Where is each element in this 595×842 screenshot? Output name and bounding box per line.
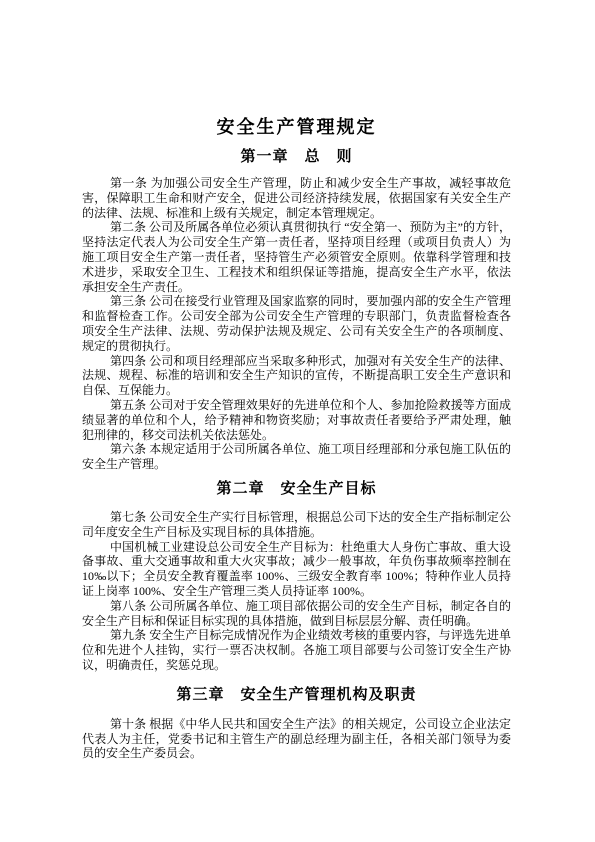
article-5-paragraph: 第五条 公司对于安全管理效果好的先进单位和个人、参加抢险救援等方面成绩显著的单位…: [82, 398, 511, 442]
article-1-paragraph: 第一条 为加强公司安全生产管理，防止和减少安全生产事故，减轻事故危害，保障职工生…: [82, 176, 511, 220]
article-3-paragraph: 第三条 公司在接受行业管理及国家监察的同时，要加强内部的安全生产管理和监督检查工…: [82, 294, 511, 353]
article-10-paragraph: 第十条 根据《中华人民共和国安全生产法》的相关规定，公司设立企业法定代表人为主任…: [82, 717, 511, 761]
article-2-paragraph: 第二条 公司及所属各单位必须认真贯彻执行 “安全第一、预防为主”的方针，坚持法定…: [82, 220, 511, 294]
article-9-paragraph: 第九条 安全生产目标完成情况作为企业绩效考核的重要内容，与评选先进单位和先进个人…: [82, 628, 511, 672]
chapter-3-heading: 第三章 安全生产管理机构及职责: [82, 687, 511, 704]
company-goals-paragraph: 中国机械工业建设总公司安全生产目标为：杜绝重大人身伤亡事故、重大设备事故、重大交…: [82, 540, 511, 599]
chapter-3-section: 第三章 安全生产管理机构及职责 第十条 根据《中华人民共和国安全生产法》的相关规…: [82, 687, 511, 761]
document-title: 安全生产管理规定: [82, 116, 511, 138]
article-6-paragraph: 第六条 本规定适用于公司所属各单位、施工项目经理部和分承包施工队伍的安全生产管理…: [82, 442, 511, 472]
chapter-1-section: 第一章 总 则 第一条 为加强公司安全生产管理，防止和减少安全生产事故，减轻事故…: [82, 149, 511, 472]
chapter-2-section: 第二章 安全生产目标 第七条 公司安全生产实行目标管理，根据总公司下达的安全生产…: [82, 481, 511, 673]
article-4-paragraph: 第四条 公司和项目经理部应当采取多种形式，加强对有关安全生产的法律、法规、规程、…: [82, 354, 511, 398]
chapter-1-heading: 第一章 总 则: [82, 149, 511, 166]
article-8-paragraph: 第八条 公司所属各单位、施工项目部依据公司的安全生产目标，制定各自的安全生产目标…: [82, 599, 511, 629]
article-7-paragraph: 第七条 公司安全生产实行目标管理，根据总公司下达的安全生产指标制定公司年度安全生…: [82, 510, 511, 540]
document-page: 安全生产管理规定 第一章 总 则 第一条 为加强公司安全生产管理，防止和减少安全…: [0, 0, 595, 842]
chapter-2-heading: 第二章 安全生产目标: [82, 481, 511, 498]
